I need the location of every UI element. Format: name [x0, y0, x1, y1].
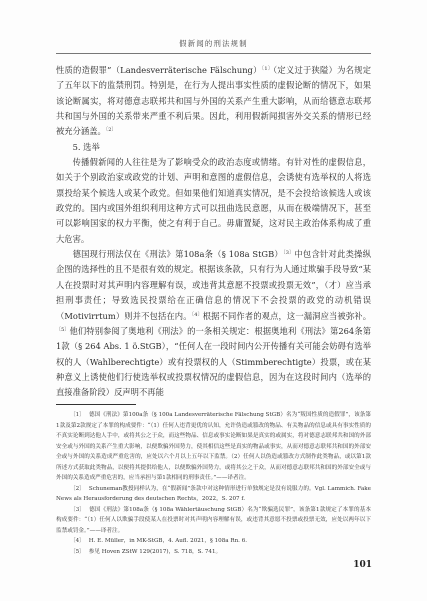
page-number: 101	[344, 560, 372, 570]
footnote-1: 〔1〕德国《刑法》第100a条（§ 100a Landesverräterisc…	[56, 410, 371, 484]
body-text: 性质的造假罪”（Landesverräterische Fälschung）〔1…	[56, 63, 371, 401]
footnote-rule	[56, 404, 136, 405]
footnote-ref-4[interactable]: 〔4〕	[192, 312, 203, 318]
footnote-4: 〔4〕H. E. Müller，in MK-StGB，4. Aufl. 2021…	[56, 536, 371, 547]
paragraph-2: 传播假新闻的人往往是为了影响受众的政治态度或情绪。有针对性的虚假信息，如关于个别…	[56, 155, 371, 247]
header-rule	[56, 53, 371, 54]
footnote-ref-3[interactable]: 〔3〕	[283, 250, 294, 256]
footnotes: 〔1〕德国《刑法》第100a条（§ 100a Landesverräterisc…	[56, 410, 371, 557]
footnote-2: 〔2〕Schuneman教授同样认为，在“假新闻”条款中对这种情形进行单独规定是…	[56, 484, 371, 505]
footnote-3: 〔3〕德国《刑法》第108a条（§ 108a Wählertäuschung S…	[56, 505, 371, 537]
paragraph-3: 德国现行刑法仅在《刑法》第108a条（§ 108a StGB）〔3〕中包含针对此…	[56, 247, 371, 400]
footnote-ref-5[interactable]: 〔5〕	[56, 327, 70, 333]
section-heading: 5. 选举	[56, 140, 371, 155]
running-head: 假新闻的刑法规制	[56, 38, 371, 49]
document-page: 假新闻的刑法规制 性质的造假罪”（Landesverräterische Fäl…	[0, 0, 427, 601]
footnote-ref-2[interactable]: 〔2〕	[106, 127, 117, 133]
footnote-5: 〔5〕参见 Hoven ZStW 129(2017)，S. 718，S. 741…	[56, 547, 371, 558]
paragraph-1: 性质的造假罪”（Landesverräterische Fälschung）〔1…	[56, 63, 371, 140]
footnote-ref-1[interactable]: 〔1〕	[262, 66, 273, 72]
